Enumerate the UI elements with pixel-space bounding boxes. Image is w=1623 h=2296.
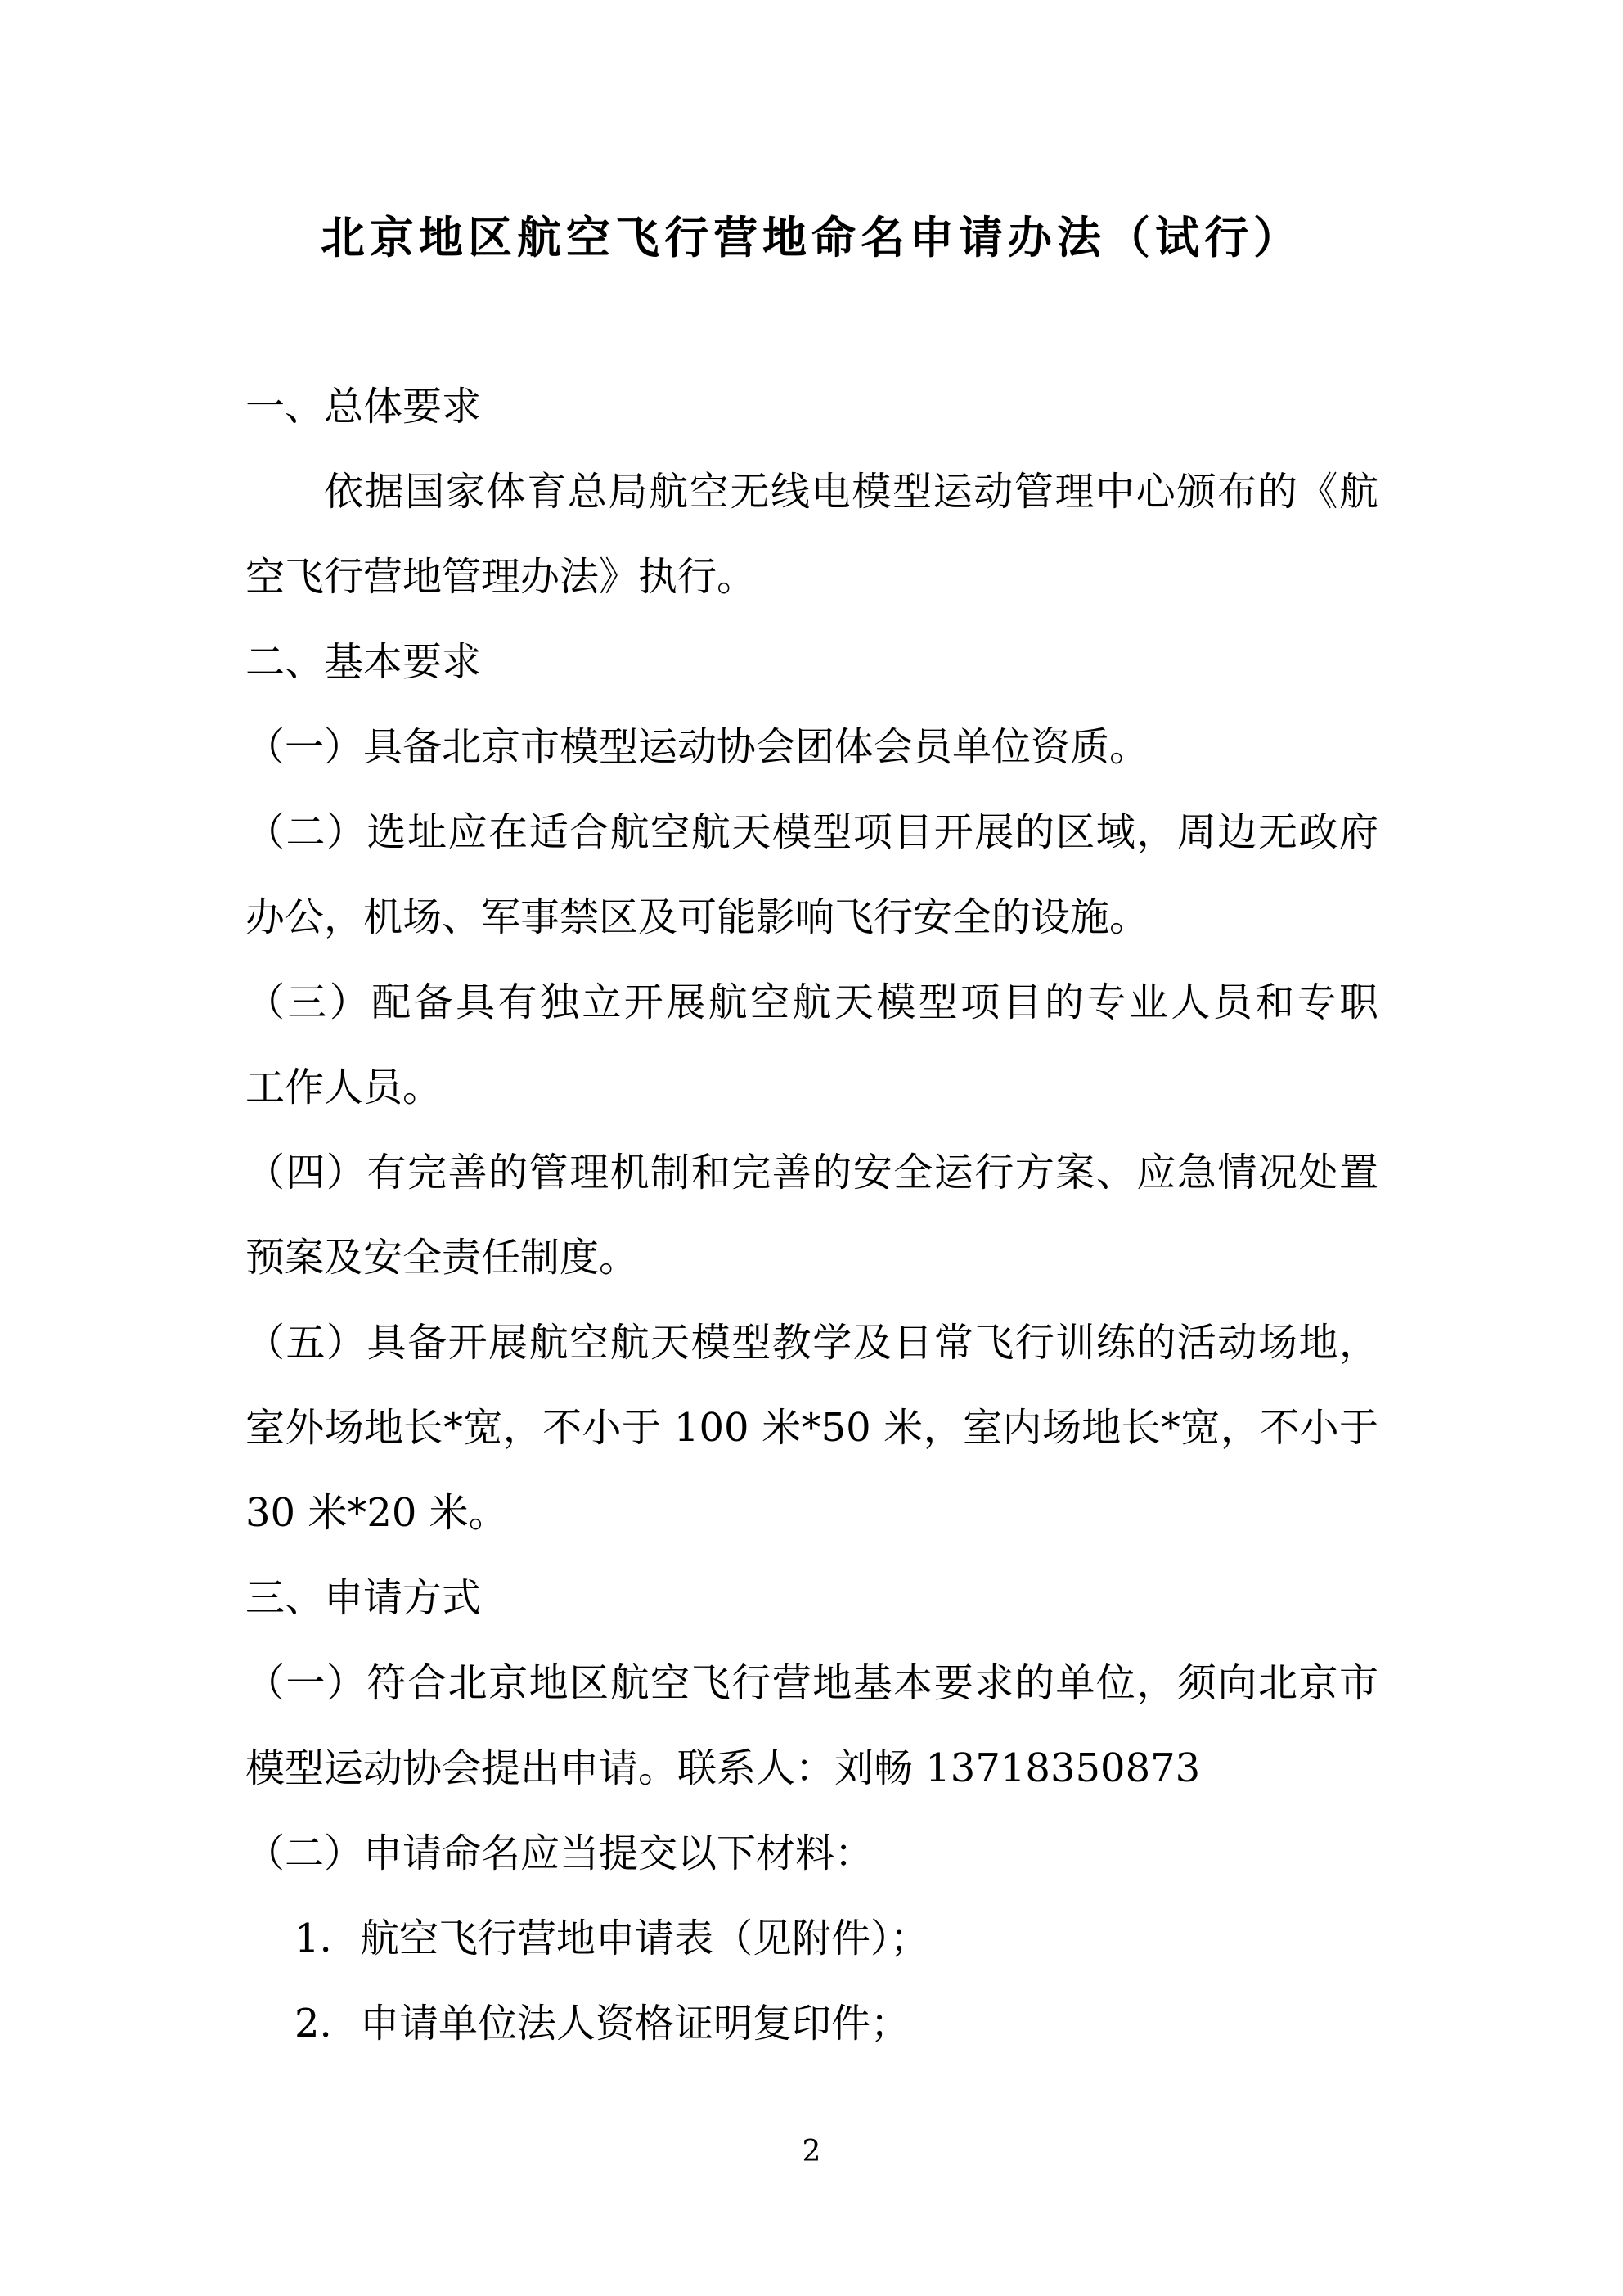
document-body: 一、总体要求依据国家体育总局航空无线电模型运动管理中心颁布的《航空飞行营地管理办… [0, 364, 1623, 2066]
list-number: 1. [294, 1896, 360, 1981]
text-line: 依据国家体育总局航空无线电模型运动管理中心颁布的《航 [245, 449, 1378, 534]
text-line: 三、申请方式 [245, 1555, 1378, 1641]
document-page: 北京地区航空飞行营地命名申请办法（试行） 一、总体要求依据国家体育总局航空无线电… [0, 0, 1623, 2296]
text-line: 二、基本要求 [245, 619, 1378, 705]
text-line: （一）具备北京市模型运动协会团体会员单位资质。 [245, 705, 1378, 790]
text-line: （五）具备开展航空航天模型教学及日常飞行训练的活动场地， [245, 1300, 1378, 1385]
text-line: （二）申请命名应当提交以下材料： [245, 1811, 1378, 1896]
text-line: 2.申请单位法人资格证明复印件； [245, 1981, 1378, 2066]
text-line: （一）符合北京地区航空飞行营地基本要求的单位，须向北京市 [245, 1641, 1378, 1726]
page-title: 北京地区航空飞行营地命名申请办法（试行） [0, 0, 1623, 269]
text-line: 工作人员。 [245, 1045, 1378, 1130]
text-line: 预案及安全责任制度。 [245, 1215, 1378, 1300]
text-line: （三）配备具有独立开展航空航天模型项目的专业人员和专职 [245, 960, 1378, 1045]
text-line: 室外场地长*宽，不小于 100 米*50 米，室内场地长*宽，不小于 [245, 1385, 1378, 1470]
text-line: 空飞行营地管理办法》执行。 [245, 534, 1378, 619]
list-text: 航空飞行营地申请表（见附件）； [360, 1916, 929, 1961]
text-line: 1.航空飞行营地申请表（见附件）； [245, 1896, 1378, 1981]
list-number: 2. [294, 1981, 360, 2066]
list-text: 申请单位法人资格证明复印件； [360, 2001, 910, 2046]
text-line: 一、总体要求 [245, 364, 1378, 449]
text-line: 办公，机场、军事禁区及可能影响飞行安全的设施。 [245, 875, 1378, 960]
text-line: 模型运动协会提出申请。联系人：刘畅 13718350873 [245, 1726, 1378, 1811]
text-line: （四）有完善的管理机制和完善的安全运行方案、应急情况处置 [245, 1130, 1378, 1215]
text-line: 30 米*20 米。 [245, 1470, 1378, 1555]
text-line: （二）选址应在适合航空航天模型项目开展的区域，周边无政府 [245, 790, 1378, 875]
page-number: 2 [0, 2135, 1623, 2169]
